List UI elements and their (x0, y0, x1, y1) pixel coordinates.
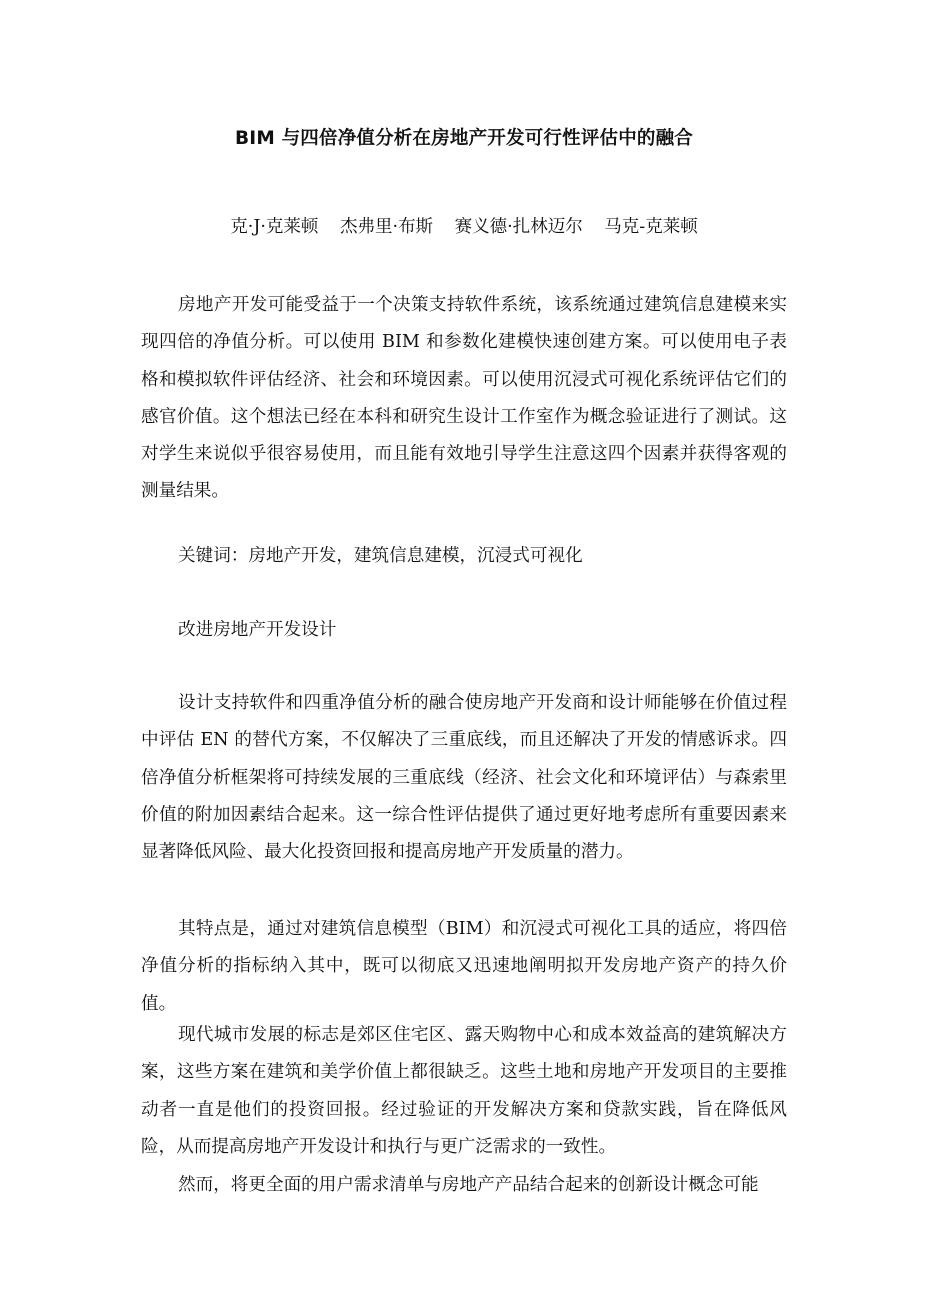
body-paragraph: 其特点是，通过对建筑信息模型（BIM）和沉浸式可视化工具的适应，将四倍净值分析的… (141, 911, 787, 1023)
abstract-paragraph: 房地产开发可能受益于一个决策支持软件系统，该系统通过建筑信息建模来实现四倍的净值… (141, 287, 787, 511)
author: 马克-克莱顿 (604, 217, 697, 237)
document-title: BIM 与四倍净值分析在房地产开发可行性评估中的融合 (141, 126, 787, 152)
author: 杰弗里·布斯 (340, 217, 433, 237)
author-list: 克·J·克莱顿 杰弗里·布斯 赛义德·扎林迈尔 马克-克莱顿 (141, 214, 787, 240)
author: 赛义德·扎林迈尔 (455, 217, 583, 237)
author: 克·J·克莱顿 (230, 217, 318, 237)
body-paragraph: 现代城市发展的标志是郊区住宅区、露天购物中心和成本效益高的建筑解决方案，这些方案… (141, 1017, 787, 1166)
keywords: 关键词：房地产开发，建筑信息建模，沉浸式可视化 (141, 538, 787, 575)
body-paragraph: 然而，将更全面的用户需求清单与房地产产品结合起来的创新设计概念可能 (141, 1167, 787, 1204)
section-heading: 改进房地产开发设计 (141, 612, 787, 649)
body-paragraph: 设计支持软件和四重净值分析的融合使房地产开发商和设计师能够在价值过程中评估 EN… (141, 685, 787, 871)
